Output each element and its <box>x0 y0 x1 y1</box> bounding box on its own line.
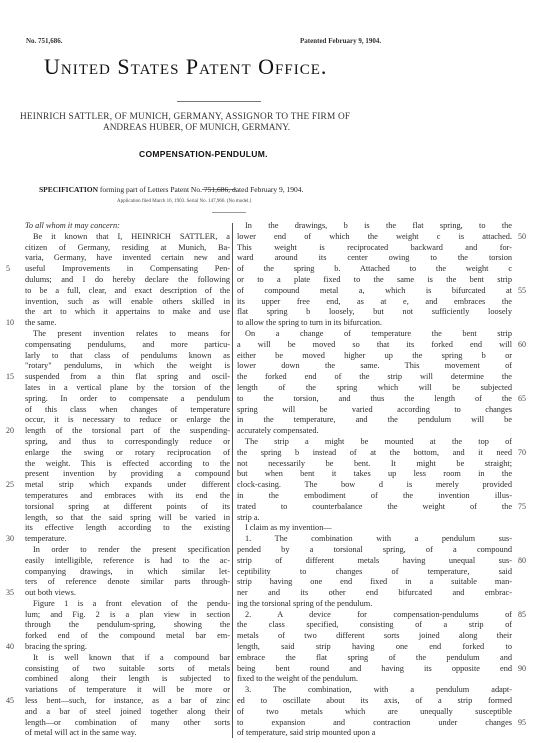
text-line: fixed to the weight of the pendulum. <box>237 674 512 685</box>
text-line: less bent—such, for instance, as a bar o… <box>25 696 230 707</box>
margin-line-number: 70 <box>518 448 526 457</box>
text-line: of the spring b. Attached to the weight … <box>237 264 512 275</box>
text-line: not necessarily be bent. It might be str… <box>237 459 512 470</box>
margin-line-number: 30 <box>6 534 14 543</box>
text-line: bracing the spring. <box>25 642 230 653</box>
text-line: lum; and Fig. 2 is a plan view in sectio… <box>25 610 230 621</box>
margin-line-number: 85 <box>518 610 526 619</box>
text-line: in the temperature, and the pendulum wil… <box>237 415 512 426</box>
text-line: consisting of two suitable sorts of meta… <box>25 664 230 675</box>
text-line: variations of temperature it will be mor… <box>25 685 230 696</box>
text-line: or to a plate fixed to the same is the b… <box>237 275 512 286</box>
text-line: In the drawings, b is the flat spring, t… <box>237 221 512 232</box>
text-line: of temperature, said strip mounted upon … <box>237 728 512 739</box>
divider-rule <box>177 101 261 102</box>
margin-line-number: 15 <box>6 372 14 381</box>
text-line: clock-casing. The bow d is merely provid… <box>237 480 512 491</box>
column-divider <box>232 223 233 738</box>
margin-line-number: 65 <box>518 394 526 403</box>
margin-line-number: 10 <box>6 318 14 327</box>
specification-label: SPECIFICATION <box>39 185 98 194</box>
text-line: lower end of which the weight c is attac… <box>237 232 512 243</box>
text-line: the weight. This is effected according t… <box>25 459 230 470</box>
text-line: useful Improvements in Compensating Pen- <box>25 264 230 275</box>
inventor-line-1: HEINRICH SATTLER, OF MUNICH, GERMANY, AS… <box>0 112 557 123</box>
margin-line-number: 35 <box>6 588 14 597</box>
text-line: the forked end of the strip will determi… <box>237 372 512 383</box>
text-line: varia, Germany, have invented certain ne… <box>25 253 230 264</box>
text-line: the class specified, consisting of a str… <box>237 620 512 631</box>
text-line: strip of different metals having unequal… <box>237 556 512 567</box>
text-line: lates in a vertical plane by the torsion… <box>25 383 230 394</box>
text-line: flat spring b loosely, but not sufficien… <box>237 307 512 318</box>
text-line: length, so that the said spring will be … <box>25 513 230 524</box>
text-line: Figure 1 is a front elevation of the pen… <box>25 599 230 610</box>
text-line: enlarge the swing or rotary reciprocatio… <box>25 448 230 459</box>
text-line: Be it known that I, HEINRICH SATTLER, a <box>25 232 230 243</box>
text-line: 1. The combination with a pendulum sus- <box>237 534 512 545</box>
text-line: compensating pendulums, and more particu… <box>25 340 230 351</box>
text-line: to allow the spring to turn in its bifur… <box>237 318 512 329</box>
text-line: of two metals which are unequally suscep… <box>237 707 512 718</box>
margin-line-number: 80 <box>518 556 526 565</box>
text-line: the spring b instead of at the bottom, a… <box>237 448 512 459</box>
text-line: being bent round and having its opposite… <box>237 664 512 675</box>
text-line: citizen of Germany, residing at Munich, … <box>25 243 230 254</box>
margin-line-number: 5 <box>6 264 10 273</box>
specification-text: forming part of Letters Patent No. 751,6… <box>98 185 303 194</box>
text-line: through the pendulum-spring, showing the <box>25 620 230 631</box>
text-line: trated to counterbalance the weight of t… <box>237 502 512 513</box>
text-line: This weight is reciprocated backward and… <box>237 243 512 254</box>
text-line: of this class when changes of temperatur… <box>25 405 230 416</box>
text-line: invention, such as will enable others sk… <box>25 297 230 308</box>
text-line: spring, and thus to correspondingly redu… <box>25 437 230 448</box>
text-line: metals of two different sorts joined alo… <box>237 631 512 642</box>
right-column: In the drawings, b is the flat spring, t… <box>237 221 512 739</box>
text-line: On a change of temperature the bent stri… <box>237 329 512 340</box>
text-line: present invention by providing a compoun… <box>25 469 230 480</box>
text-line: The strip a might be mounted at the top … <box>237 437 512 448</box>
left-column: To all whom it may concern:Be it known t… <box>25 221 230 739</box>
text-line: embrace the flat spring of the pendulum … <box>237 653 512 664</box>
text-line: It is well known that if a compound bar <box>25 653 230 664</box>
text-line: torsional spring at different points of … <box>25 502 230 513</box>
text-line: ner and its other end bifurcated and emb… <box>237 588 512 599</box>
text-line: ing the torsional spring of the pendulum… <box>237 599 512 610</box>
text-line: length—or combination of many other sort… <box>25 718 230 729</box>
text-line: a will be moved so that its forked end w… <box>237 340 512 351</box>
application-line: Application filed March 16, 1903. Serial… <box>117 199 251 204</box>
text-line: To all whom it may concern: <box>25 221 230 232</box>
patent-date: Patented February 9, 1904. <box>300 37 381 45</box>
text-line: out both views. <box>25 588 230 599</box>
text-line: temperatures and embraces with its end t… <box>25 491 230 502</box>
text-line: ceptibility to changes of temperature, s… <box>237 567 512 578</box>
inventor-block: HEINRICH SATTLER, OF MUNICH, GERMANY, AS… <box>0 112 557 134</box>
text-line: accurately compensated. <box>237 426 512 437</box>
text-line: length, said strip having one end forked… <box>237 642 512 653</box>
text-line: I claim as my invention— <box>237 523 512 534</box>
margin-line-number: 20 <box>6 426 14 435</box>
office-title: United States Patent Office. <box>0 54 557 80</box>
invention-title: COMPENSATION-PENDULUM. <box>139 149 268 159</box>
text-line: of compound metal a, which is bifurcated… <box>237 286 512 297</box>
text-line: strip having one end fixed in a suitable… <box>237 577 512 588</box>
text-line: to expansion and contraction under chang… <box>237 718 512 729</box>
margin-line-number: 55 <box>518 286 526 295</box>
text-line: to be a full, clear, and exact descripti… <box>25 286 230 297</box>
text-line: spring. In order to compensate a pendulu… <box>25 394 230 405</box>
text-line: ters of reference denote similar parts t… <box>25 577 230 588</box>
text-line: dulums; and I do hereby declare the foll… <box>25 275 230 286</box>
text-line: The present invention relates to means f… <box>25 329 230 340</box>
text-line: spring will be varied according to chang… <box>237 405 512 416</box>
text-line: pended by a torsional spring, of a compo… <box>237 545 512 556</box>
text-line: length of the torsional part of the susp… <box>25 426 230 437</box>
text-line: 2. A device for compensation-pendulums o… <box>237 610 512 621</box>
text-line: ed to oscillate about its axis, of a str… <box>237 696 512 707</box>
text-line: its upper free end, as at e, and embrace… <box>237 297 512 308</box>
margin-line-number: 60 <box>518 340 526 349</box>
text-line: to the torsion, and thus the length of t… <box>237 394 512 405</box>
text-line: either be moved higher up the spring b o… <box>237 351 512 362</box>
margin-line-number: 95 <box>518 718 526 727</box>
text-line: its effective length according to the ex… <box>25 523 230 534</box>
text-line: the art to which it appertains to make a… <box>25 307 230 318</box>
text-line: temperature. <box>25 534 230 545</box>
text-line: combined along their length is subjected… <box>25 674 230 685</box>
text-line: 3. The combination, with a pendulum adap… <box>237 685 512 696</box>
text-line: larly to that class of pendulums known a… <box>25 351 230 362</box>
text-line: strip a. <box>237 513 512 524</box>
text-line: forked end of the compound metal bar em- <box>25 631 230 642</box>
text-line: the same. <box>25 318 230 329</box>
margin-line-number: 40 <box>6 642 14 651</box>
text-line: companying drawings, in which similar le… <box>25 567 230 578</box>
divider-rule <box>212 212 246 213</box>
margin-line-number: 50 <box>518 232 526 241</box>
text-line: "rotary" pendulums, in which the weight … <box>25 361 230 372</box>
margin-line-number: 25 <box>6 480 14 489</box>
text-line: In order to render the present specifica… <box>25 545 230 556</box>
text-line: metal strip which expands under differen… <box>25 480 230 491</box>
margin-line-number: 45 <box>6 696 14 705</box>
margin-line-number: 90 <box>518 664 526 673</box>
margin-line-number: 75 <box>518 502 526 511</box>
patent-number: No. 751,686. <box>26 37 63 45</box>
text-line: in the embodiment of the invention illus… <box>237 491 512 502</box>
text-line: easily intelligible, reference is had to… <box>25 556 230 567</box>
text-line: and a bar of steel joined together along… <box>25 707 230 718</box>
specification-line: SPECIFICATION forming part of Letters Pa… <box>39 185 303 194</box>
text-line: lower down the same. This movement of <box>237 361 512 372</box>
text-line: of metal will act in the same way. <box>25 728 230 739</box>
text-line: suspended from a thin flat spring and os… <box>25 372 230 383</box>
text-line: occur, it is necessary to reduce or enla… <box>25 415 230 426</box>
text-line: but when bent it takes up less room in t… <box>237 469 512 480</box>
inventor-line-2: ANDREAS HUBER, OF MUNICH, GERMANY. <box>0 123 557 134</box>
text-line: ward around its center owing to the tors… <box>237 253 512 264</box>
text-line: length of the spring which will be subje… <box>237 383 512 394</box>
